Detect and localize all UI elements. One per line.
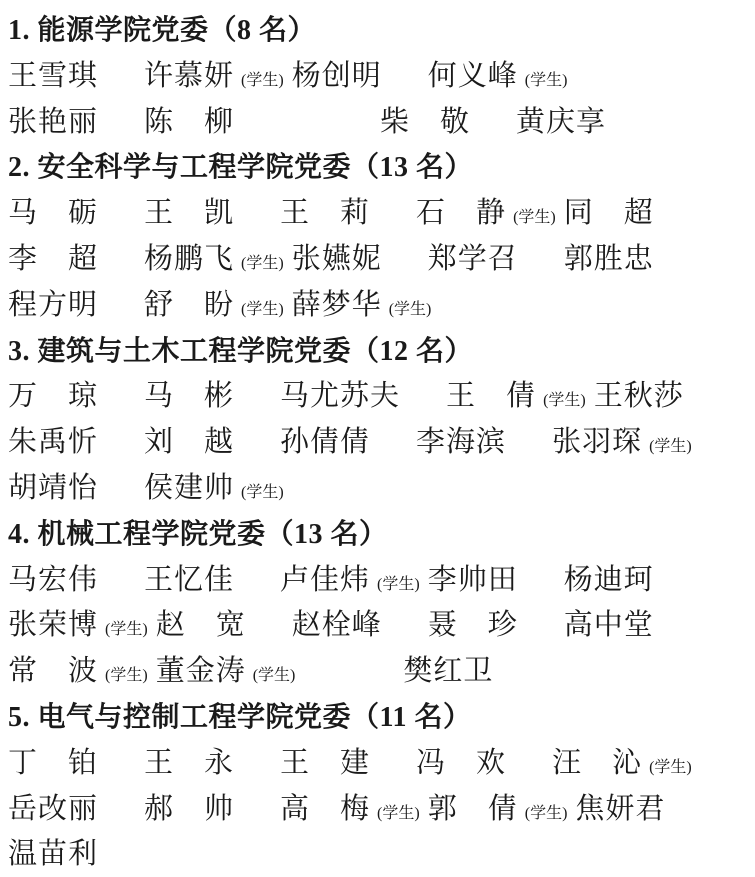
member-row: 岳改丽郝 帅高 梅(学生)郭 倩(学生)焦妍君 [8, 787, 747, 833]
member-item: 杨创明 [292, 60, 382, 92]
member-row: 马宏伟王忆佳卢佳炜(学生)李帅田杨迪珂 [8, 558, 747, 604]
member-name: 舒 盼 [144, 289, 234, 321]
member-row: 马 砺王 凯王 莉石 静(学生)同 超 [8, 191, 747, 237]
member-name: 岳改丽 [8, 793, 98, 825]
member-item: 许慕妍(学生) [144, 60, 284, 92]
member-name: 王 永 [144, 747, 234, 779]
member-row: 丁 铂王 永王 建冯 欢汪 沁(学生) [8, 741, 747, 787]
member-name: 董金涛 [156, 655, 246, 687]
member-item: 张艳丽 [8, 106, 98, 138]
member-row: 万 琼马 彬马尤苏夫王 倩(学生)王秋莎 [8, 374, 747, 420]
member-item: 李 超 [8, 243, 98, 275]
member-item: 郑学召 [428, 243, 518, 275]
member-name: 张艳丽 [8, 106, 98, 138]
member-row: 温苗利 [8, 832, 747, 877]
member-item: 李海滨 [416, 426, 506, 458]
member-name: 郭 倩 [428, 793, 518, 825]
member-item: 李帅田 [428, 564, 518, 596]
member-name: 赵栓峰 [292, 609, 382, 641]
member-item: 董金涛(学生) [156, 655, 296, 687]
student-tag: (学生) [241, 255, 284, 272]
member-name: 郑学召 [428, 243, 518, 275]
member-name: 赵 宽 [156, 609, 246, 641]
member-item: 万 琼 [8, 380, 98, 412]
member-item: 常 波(学生) [8, 655, 148, 687]
member-row: 张荣博(学生)赵 宽赵栓峰聂 珍高中堂 [8, 603, 747, 649]
member-item: 王 建 [280, 747, 370, 779]
member-name: 杨创明 [292, 60, 382, 92]
student-tag: (学生) [105, 667, 148, 684]
member-item: 卢佳炜(学生) [280, 564, 420, 596]
member-name: 陈 柳 [144, 106, 234, 138]
section-heading: 3. 建筑与土木工程学院党委（12 名） [8, 329, 747, 375]
section-heading: 5. 电气与控制工程学院党委（11 名） [8, 695, 747, 741]
member-name: 胡靖怡 [8, 472, 98, 504]
member-name: 杨鹏飞 [144, 243, 234, 275]
member-item: 张荣博(学生) [8, 609, 148, 641]
member-item: 焦妍君 [575, 793, 665, 825]
student-tag: (学生) [241, 484, 284, 501]
member-name: 王秋莎 [594, 380, 684, 412]
member-item: 赵栓峰 [292, 609, 382, 641]
document-page: 1. 能源学院党委（8 名）王雪琪许慕妍(学生)杨创明何义峰(学生)张艳丽陈 柳… [0, 0, 755, 877]
member-item: 薛梦华(学生) [292, 289, 432, 321]
member-row: 朱禹忻刘 越孙倩倩李海滨张羽琛(学生) [8, 420, 747, 466]
member-item: 同 超 [564, 197, 654, 229]
member-name: 王 倩 [446, 380, 536, 412]
member-name: 刘 越 [144, 426, 234, 458]
member-item: 郭胜忠 [564, 243, 654, 275]
member-name: 程方明 [8, 289, 98, 321]
member-name: 李海滨 [416, 426, 506, 458]
member-name: 孙倩倩 [280, 426, 370, 458]
member-name: 李帅田 [428, 564, 518, 596]
member-item: 聂 珍 [428, 609, 518, 641]
student-tag: (学生) [241, 301, 284, 318]
member-name: 许慕妍 [144, 60, 234, 92]
member-item: 何义峰(学生) [428, 60, 568, 92]
member-item: 刘 越 [144, 426, 234, 458]
member-item: 王秋莎 [594, 380, 684, 412]
member-item: 岳改丽 [8, 793, 98, 825]
member-name: 黄庆享 [516, 106, 606, 138]
member-item: 舒 盼(学生) [144, 289, 284, 321]
member-name: 李 超 [8, 243, 98, 275]
member-item: 汪 沁(学生) [552, 747, 692, 779]
member-name: 郝 帅 [144, 793, 234, 825]
student-tag: (学生) [253, 667, 296, 684]
student-tag: (学生) [105, 621, 148, 638]
student-tag: (学生) [377, 576, 420, 593]
member-item: 郭 倩(学生) [428, 793, 568, 825]
member-name: 郭胜忠 [564, 243, 654, 275]
member-item: 柴 敬 [380, 106, 470, 138]
member-item: 朱禹忻 [8, 426, 98, 458]
member-row: 程方明舒 盼(学生)薛梦华(学生) [8, 283, 747, 329]
member-name: 王雪琪 [8, 60, 98, 92]
member-item: 樊红卫 [403, 655, 493, 687]
member-row: 常 波(学生)董金涛(学生)樊红卫 [8, 649, 747, 695]
member-item: 冯 欢 [416, 747, 506, 779]
student-tag: (学生) [525, 805, 568, 822]
student-tag: (学生) [525, 72, 568, 89]
member-name: 马 砺 [8, 197, 98, 229]
member-name: 杨迪珂 [564, 564, 654, 596]
member-name: 张荣博 [8, 609, 98, 641]
member-name: 汪 沁 [552, 747, 642, 779]
member-name: 张羽琛 [552, 426, 642, 458]
member-item: 温苗利 [8, 838, 98, 870]
member-name: 柴 敬 [380, 106, 470, 138]
student-tag: (学生) [377, 805, 420, 822]
student-tag: (学生) [649, 759, 692, 776]
member-name: 高 梅 [280, 793, 370, 825]
member-item: 高 梅(学生) [280, 793, 420, 825]
member-item: 赵 宽 [156, 609, 246, 641]
member-row: 王雪琪许慕妍(学生)杨创明何义峰(学生) [8, 54, 747, 100]
member-item: 杨鹏飞(学生) [144, 243, 284, 275]
member-name: 樊红卫 [403, 655, 493, 687]
section-heading: 2. 安全科学与工程学院党委（13 名） [8, 145, 747, 191]
member-name: 同 超 [564, 197, 654, 229]
member-name: 张嬿妮 [292, 243, 382, 275]
member-name: 万 琼 [8, 380, 98, 412]
member-row: 李 超杨鹏飞(学生)张嬿妮郑学召郭胜忠 [8, 237, 747, 283]
member-name: 聂 珍 [428, 609, 518, 641]
member-item: 王 凯 [144, 197, 234, 229]
member-name: 丁 铂 [8, 747, 98, 779]
member-name: 侯建帅 [144, 472, 234, 504]
member-item: 王忆佳 [144, 564, 234, 596]
member-name: 石 静 [416, 197, 506, 229]
member-item: 王雪琪 [8, 60, 98, 92]
document-body: 1. 能源学院党委（8 名）王雪琪许慕妍(学生)杨创明何义峰(学生)张艳丽陈 柳… [8, 8, 747, 877]
member-item: 张嬿妮 [292, 243, 382, 275]
member-item: 杨迪珂 [564, 564, 654, 596]
member-name: 高中堂 [564, 609, 654, 641]
member-item: 石 静(学生) [416, 197, 556, 229]
member-name: 马尤苏夫 [280, 380, 400, 412]
member-name: 冯 欢 [416, 747, 506, 779]
member-item: 王 莉 [280, 197, 370, 229]
member-name: 马宏伟 [8, 564, 98, 596]
member-item: 陈 柳 [144, 106, 234, 138]
member-item: 胡靖怡 [8, 472, 98, 504]
member-name: 朱禹忻 [8, 426, 98, 458]
member-name: 温苗利 [8, 838, 98, 870]
student-tag: (学生) [241, 72, 284, 89]
member-name: 王 建 [280, 747, 370, 779]
student-tag: (学生) [389, 301, 432, 318]
member-item: 马 彬 [144, 380, 234, 412]
member-item: 马宏伟 [8, 564, 98, 596]
member-item: 侯建帅(学生) [144, 472, 284, 504]
student-tag: (学生) [649, 438, 692, 455]
member-item: 王 永 [144, 747, 234, 779]
section-heading: 4. 机械工程学院党委（13 名） [8, 512, 747, 558]
section-heading: 1. 能源学院党委（8 名） [8, 8, 747, 54]
member-item: 马尤苏夫 [280, 380, 400, 412]
member-name: 常 波 [8, 655, 98, 687]
student-tag: (学生) [513, 209, 556, 226]
member-item: 丁 铂 [8, 747, 98, 779]
member-item: 郝 帅 [144, 793, 234, 825]
member-item: 程方明 [8, 289, 98, 321]
member-item: 黄庆享 [516, 106, 606, 138]
member-name: 王忆佳 [144, 564, 234, 596]
member-name: 王 莉 [280, 197, 370, 229]
member-item: 王 倩(学生) [446, 380, 586, 412]
member-name: 何义峰 [428, 60, 518, 92]
member-item: 孙倩倩 [280, 426, 370, 458]
member-item: 马 砺 [8, 197, 98, 229]
member-name: 马 彬 [144, 380, 234, 412]
member-item: 张羽琛(学生) [552, 426, 692, 458]
student-tag: (学生) [543, 392, 586, 409]
member-name: 薛梦华 [292, 289, 382, 321]
member-name: 卢佳炜 [280, 564, 370, 596]
member-item: 高中堂 [564, 609, 654, 641]
member-name: 王 凯 [144, 197, 234, 229]
member-name: 焦妍君 [575, 793, 665, 825]
member-row: 胡靖怡侯建帅(学生) [8, 466, 747, 512]
member-row: 张艳丽陈 柳柴 敬黄庆享 [8, 100, 747, 146]
